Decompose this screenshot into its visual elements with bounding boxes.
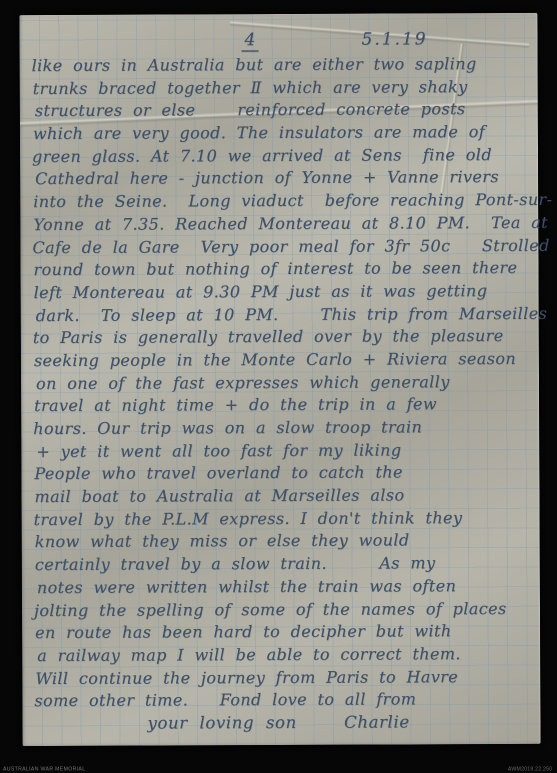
letter-line: Will continue the journey from Paris to … [35,666,536,691]
letter-line: jolting the spelling of some of the name… [34,598,535,623]
letter-line: structures or else reinforced concrete p… [35,99,536,124]
letter-line: mail boat to Australia at Marseilles als… [34,485,535,510]
archive-id: AWM2019.22.250 [508,766,552,772]
letter-line: en route has been hard to decipher but w… [35,621,536,646]
letter-line: certainly travel by a slow train. As my [35,553,536,578]
letter-line: Cafe de la Gare Very poor meal for 3fr 5… [32,235,533,260]
letter-line: like ours in Australia but are either tw… [32,54,533,79]
letter-line: left Montereau at 9.30 PM just as it was… [34,281,535,306]
letter-line: Cathedral here - junction of Yonne + Van… [35,167,536,192]
signature-line: your loving son Charlie [35,712,536,737]
letter-line: green glass. At 7.10 we arrived at Sens … [32,145,533,170]
letter-line: seeking people in the Monte Carlo + Rivi… [34,349,535,374]
letter-line: hours. Our trip was on a slow troop trai… [33,417,534,442]
letter-line: People who travel overland to catch the [34,462,535,487]
letter-page: 4 5.1.19 like ours in Australia but are … [19,13,540,746]
letter-line: dark. To sleep at 10 PM. This trip from … [36,303,537,328]
letter-line: into the Seine. Long viaduct before reac… [33,190,534,215]
letter-line: travel by the P.L.M express. I don't thi… [34,508,535,533]
letter-line: notes were written whilst the train was … [37,576,538,601]
letter-line: which are very good. The insulators are … [33,122,534,147]
letter-line: trunks braced together Ⅱ which are very … [33,77,534,102]
letter-line: a railway map I will be able to correct … [37,644,538,669]
letter-body: like ours in Australia but are either tw… [33,54,537,714]
letter-line: know what they miss or else they would [35,530,536,555]
letter-header: 4 5.1.19 [19,29,537,55]
letter-line: to Paris is generally travelled over by … [33,326,534,351]
letter-date: 5.1.19 [361,29,427,49]
letter-line: some other time. Fond love to all from [34,689,535,714]
letter-line: on one of the fast expresses which gener… [36,372,537,397]
letter-line: + yet it went all too fast for my liking [36,440,537,465]
archive-label: AUSTRALIAN WAR MEMORIAL [3,766,85,772]
page-number: 4 [241,30,258,52]
letter-line: Yonne at 7.35. Reached Montereau at 8.10… [33,213,534,238]
letter-line: round town but nothing of interest to be… [33,258,534,283]
letter-line: travel at night time + do the trip in a … [34,394,535,419]
